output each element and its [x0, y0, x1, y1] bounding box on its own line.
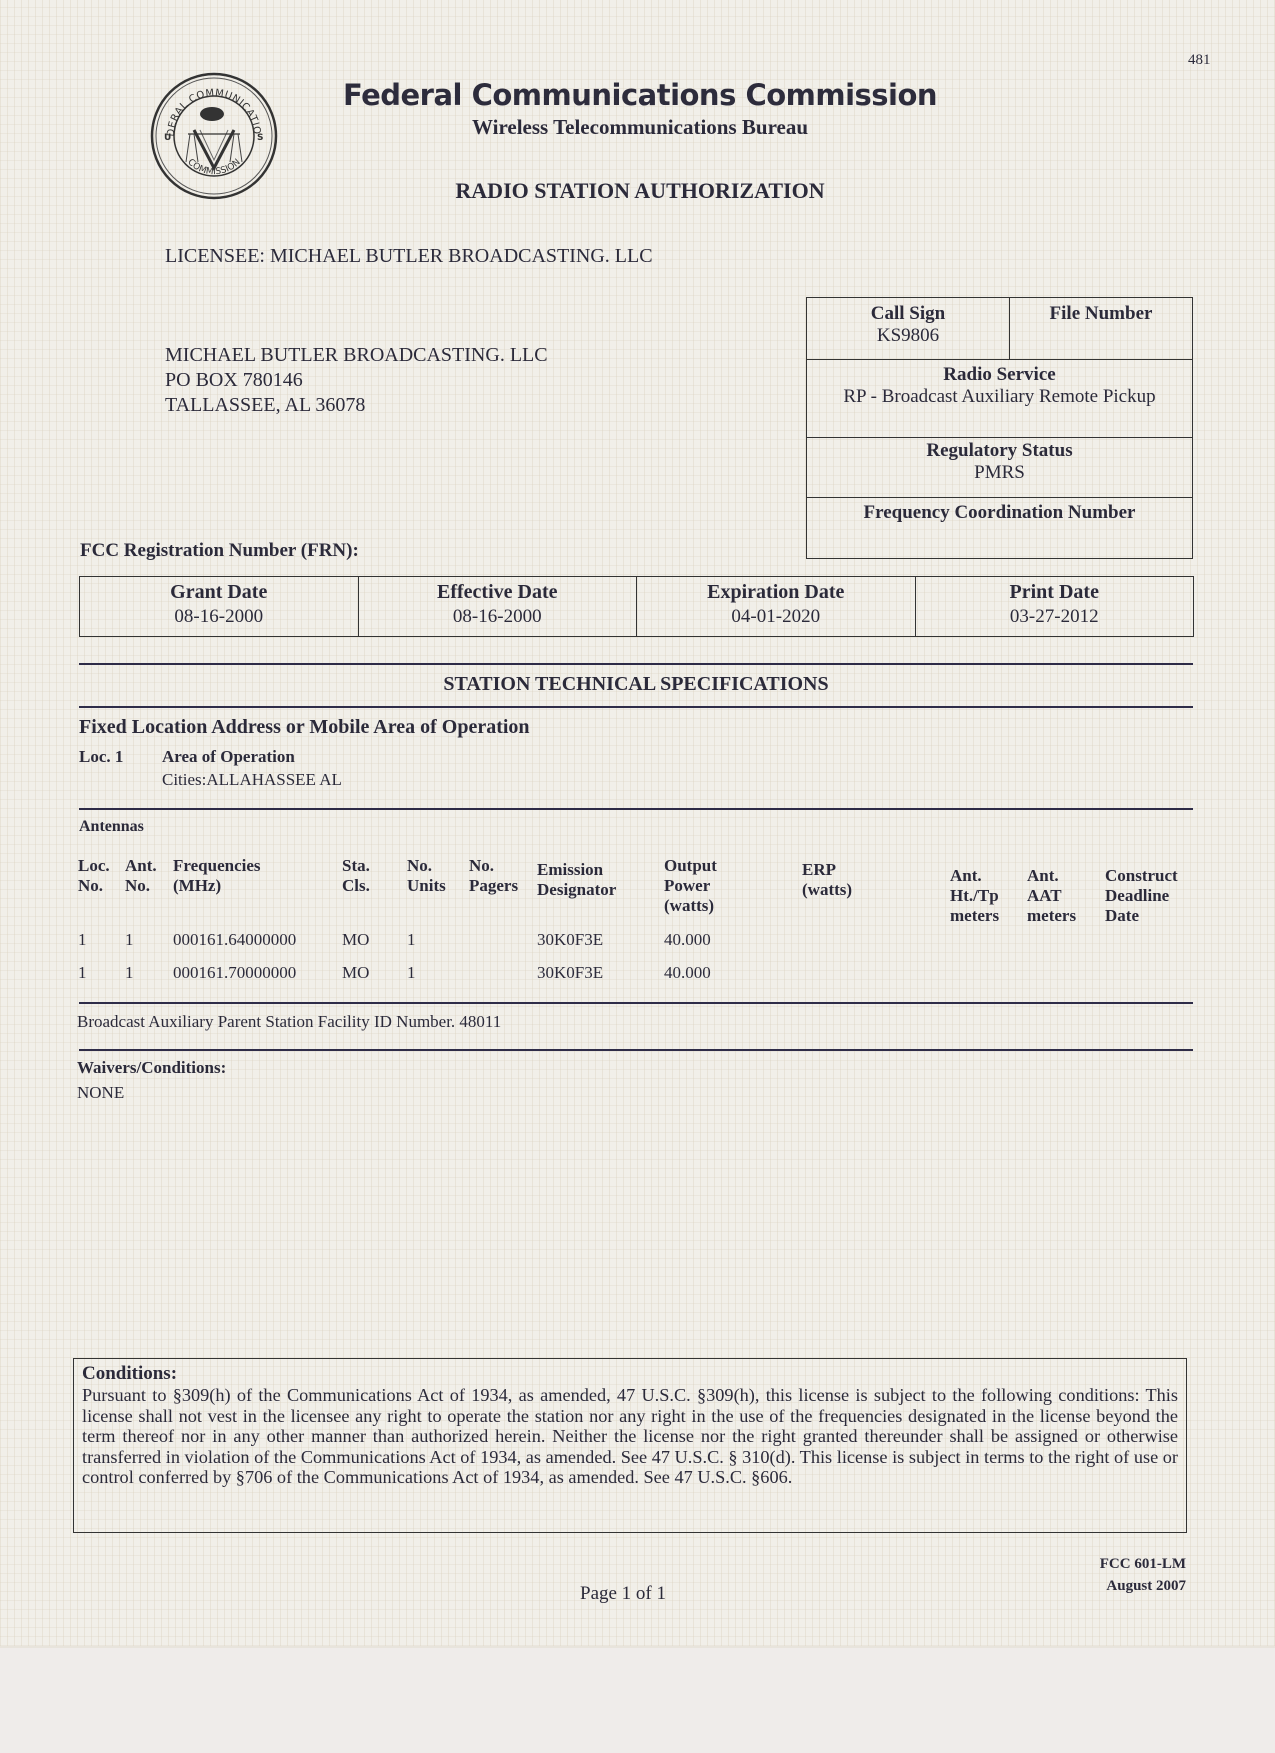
form-number: FCC 601-LM	[1040, 1553, 1186, 1575]
conditions-box: Conditions: Pursuant to §309(h) of the C…	[73, 1358, 1187, 1533]
license-page: 481 FEDERAL COMMUNICATIONS COMMISSION U …	[0, 0, 1275, 1646]
table-cell: 30K0F3E	[537, 963, 603, 983]
call-sign-cell: Call Sign KS9806	[807, 298, 1010, 359]
dates-table: Grant Date 08-16-2000 Effective Date 08-…	[79, 576, 1194, 637]
location-number: Loc. 1	[79, 747, 123, 767]
address-line: MICHAEL BUTLER BROADCASTING. LLC	[165, 343, 548, 368]
antennas-column-header: Ant. AAT meters	[1027, 866, 1076, 926]
file-number-cell: File Number	[1010, 298, 1192, 359]
grant-date-value: 08-16-2000	[80, 606, 358, 628]
table-cell: 40.000	[664, 963, 711, 983]
area-of-operation-label: Area of Operation	[162, 747, 295, 767]
print-date-value: 03-27-2012	[916, 606, 1194, 628]
antennas-column-header: Emission Designator	[537, 860, 616, 900]
antennas-column-header: Frequencies (MHz)	[173, 856, 261, 896]
table-cell: MO	[342, 930, 369, 950]
waivers-value: NONE	[77, 1083, 124, 1103]
table-cell: 40.000	[664, 930, 711, 950]
freq-coord-cell: Frequency Coordination Number	[807, 498, 1192, 558]
effective-date-cell: Effective Date 08-16-2000	[359, 577, 638, 636]
print-date-cell: Print Date 03-27-2012	[916, 577, 1194, 636]
table-cell: 1	[78, 930, 87, 950]
table-cell: 1	[125, 963, 134, 983]
address-line: TALLASSEE, AL 36078	[165, 393, 548, 418]
call-sign-label: Call Sign	[807, 303, 1009, 325]
expiration-date-value: 04-01-2020	[637, 606, 915, 628]
antennas-column-header: Construct Deadline Date	[1105, 866, 1178, 926]
regulatory-status-label: Regulatory Status	[807, 440, 1192, 462]
antennas-column-header: ERP (watts)	[802, 860, 852, 900]
table-cell: 000161.64000000	[173, 930, 296, 950]
table-cell: 1	[78, 963, 87, 983]
antennas-column-header: Output Power (watts)	[664, 856, 717, 916]
bureau-name: Wireless Telecommunications Bureau	[330, 115, 950, 140]
svg-text:S: S	[257, 133, 263, 143]
table-cell: 1	[125, 930, 134, 950]
file-number-label: File Number	[1010, 303, 1192, 325]
table-cell: 30K0F3E	[537, 930, 603, 950]
antennas-column-header: Ant. No.	[125, 856, 157, 896]
grant-date-cell: Grant Date 08-16-2000	[80, 577, 359, 636]
antennas-column-header: No. Pagers	[469, 856, 518, 896]
radio-service-value: RP - Broadcast Auxiliary Remote Pickup	[807, 386, 1192, 408]
antennas-label: Antennas	[79, 818, 144, 836]
licensee-line: LICENSEE: MICHAEL BUTLER BROADCASTING. L…	[165, 245, 653, 268]
form-identifier: FCC 601-LM August 2007	[1040, 1553, 1186, 1597]
document-title: RADIO STATION AUTHORIZATION	[330, 178, 950, 204]
regulatory-status-value: PMRS	[807, 462, 1192, 484]
location-heading: Fixed Location Address or Mobile Area of…	[79, 716, 530, 739]
radio-service-cell: Radio Service RP - Broadcast Auxiliary R…	[807, 360, 1192, 438]
expiration-date-cell: Expiration Date 04-01-2020	[637, 577, 916, 636]
form-date: August 2007	[1040, 1575, 1186, 1597]
divider	[79, 663, 1193, 665]
divider	[79, 808, 1193, 810]
antennas-column-header: Sta. Cls.	[342, 856, 370, 896]
page-indicator: Page 1 of 1	[580, 1583, 666, 1605]
conditions-text: Pursuant to §309(h) of the Communication…	[82, 1385, 1178, 1488]
divider	[79, 1002, 1193, 1004]
mailing-address: MICHAEL BUTLER BROADCASTING. LLC PO BOX …	[165, 343, 548, 418]
antennas-column-header: No. Units	[407, 856, 446, 896]
frn-label: FCC Registration Number (FRN):	[80, 540, 359, 562]
address-line: PO BOX 780146	[165, 368, 548, 393]
table-cell: 1	[407, 963, 416, 983]
license-info-box: Call Sign KS9806 File Number Radio Servi…	[806, 297, 1193, 559]
agency-name: Federal Communications Commission	[330, 78, 950, 112]
table-cell: 1	[407, 930, 416, 950]
waivers-label: Waivers/Conditions:	[77, 1058, 226, 1078]
regulatory-status-cell: Regulatory Status PMRS	[807, 438, 1192, 498]
fcc-seal-icon: FEDERAL COMMUNICATIONS COMMISSION U S	[150, 72, 278, 200]
antennas-column-header: Loc. No.	[78, 856, 110, 896]
page-stamp-number: 481	[1188, 52, 1211, 69]
radio-service-label: Radio Service	[807, 364, 1192, 386]
antennas-column-header: Ant. Ht./Tp meters	[950, 866, 999, 926]
facility-id-line: Broadcast Auxiliary Parent Station Facil…	[77, 1012, 501, 1032]
divider	[79, 706, 1193, 708]
conditions-label: Conditions:	[82, 1363, 1178, 1385]
call-sign-value: KS9806	[807, 325, 1009, 347]
table-cell: MO	[342, 963, 369, 983]
freq-coord-label: Frequency Coordination Number	[807, 502, 1192, 524]
table-cell: 000161.70000000	[173, 963, 296, 983]
divider	[79, 1049, 1193, 1051]
svg-text:U: U	[164, 133, 171, 143]
technical-specs-title: STATION TECHNICAL SPECIFICATIONS	[79, 673, 1193, 696]
effective-date-value: 08-16-2000	[359, 606, 637, 628]
area-of-operation-value: Cities:ALLAHASSEE AL	[162, 770, 342, 790]
